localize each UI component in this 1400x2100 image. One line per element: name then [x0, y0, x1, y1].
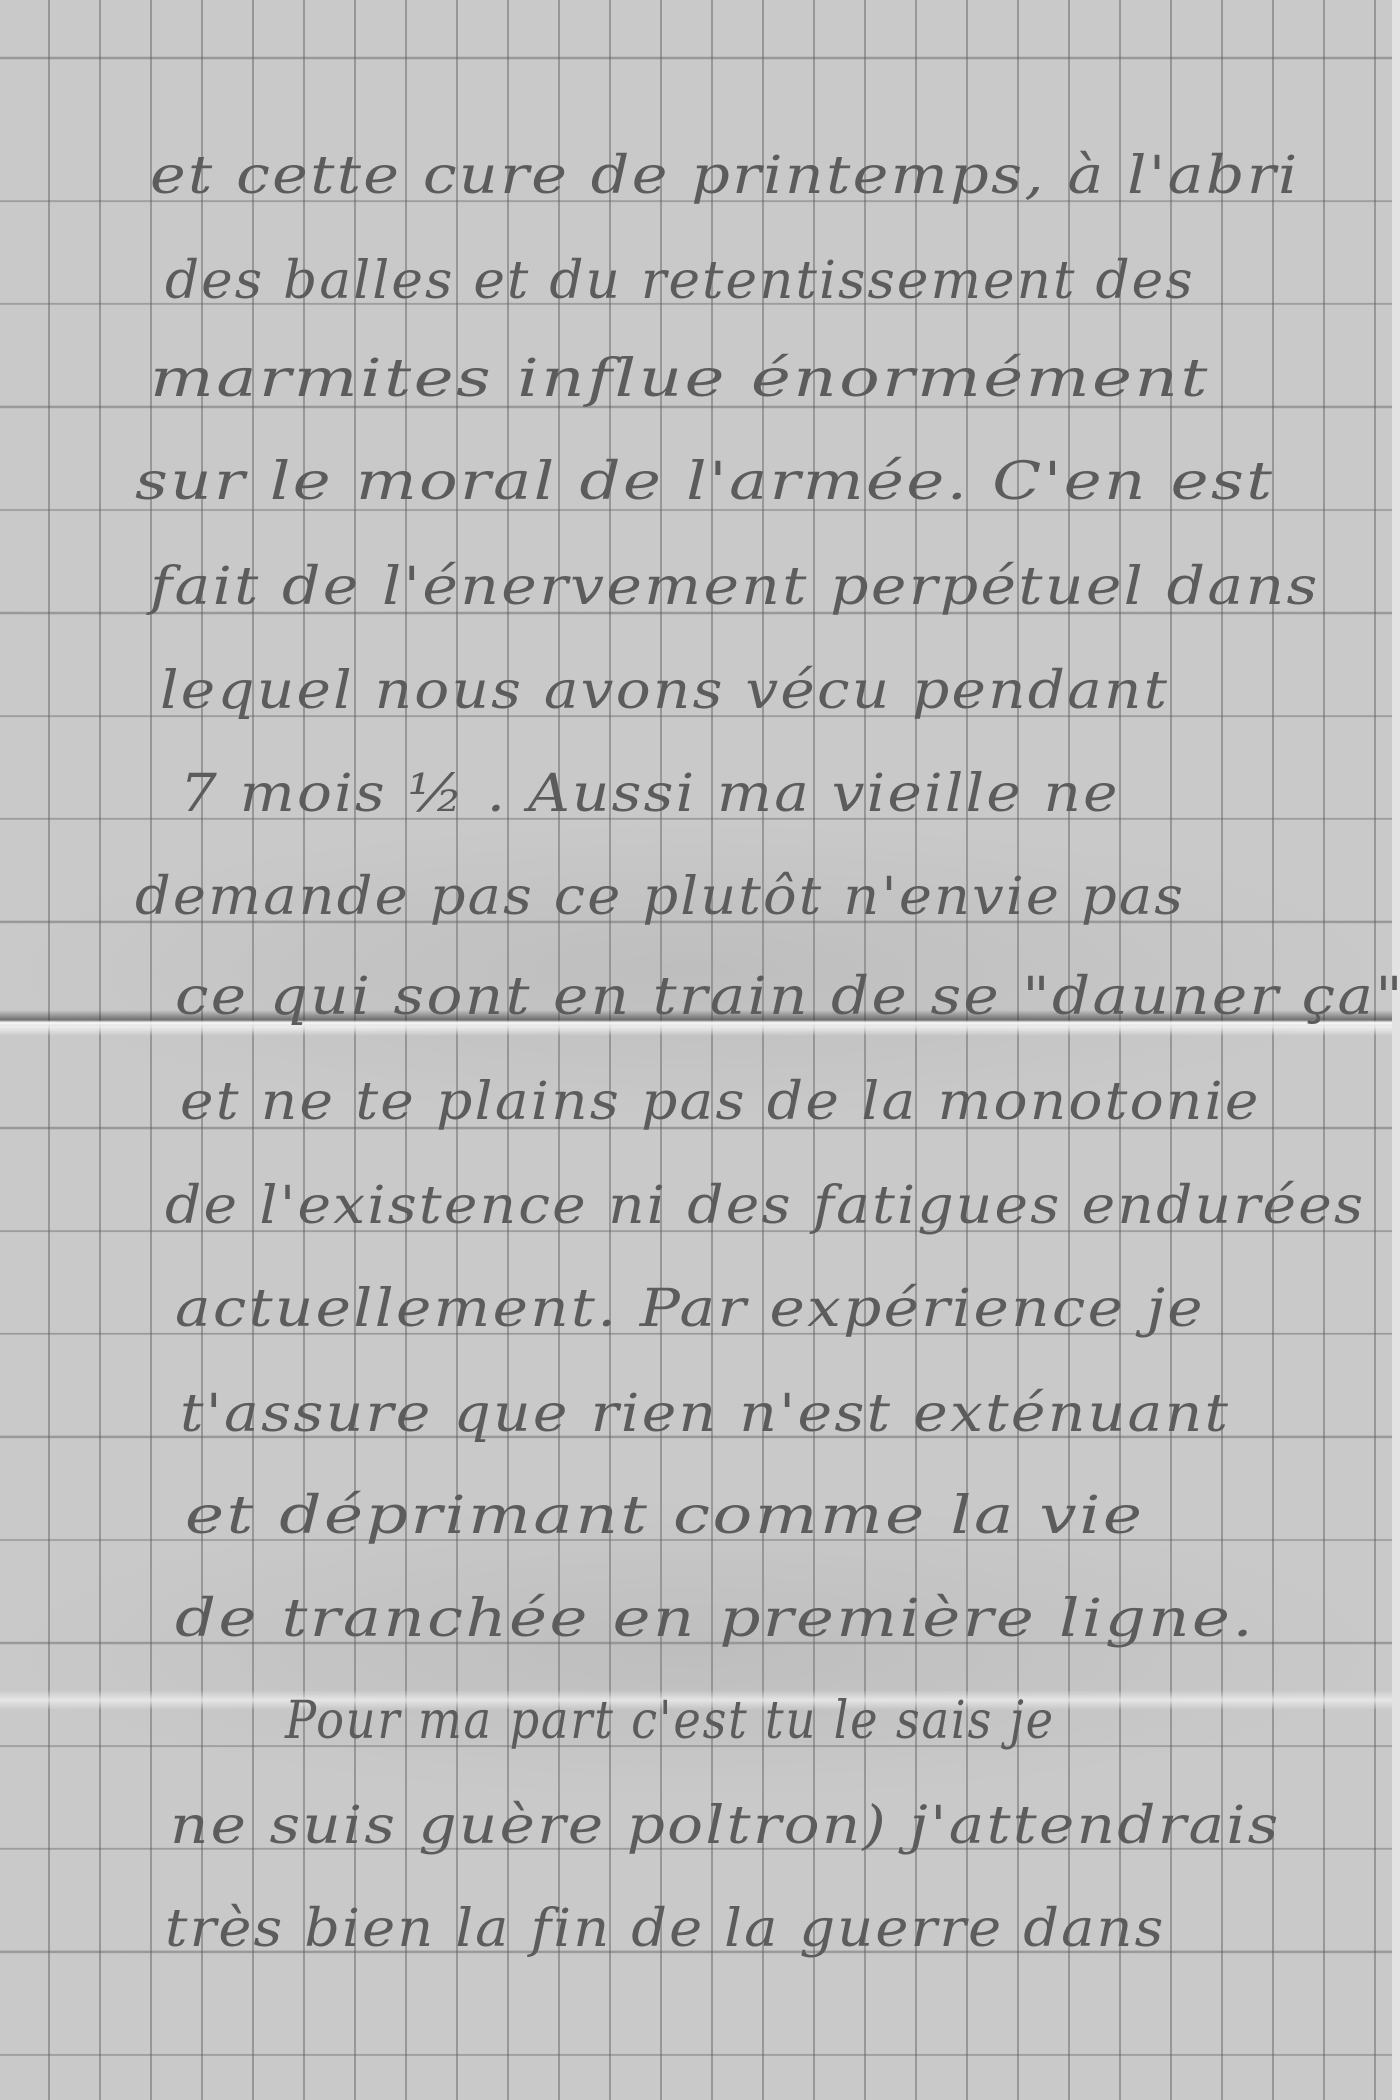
paper-edge	[1392, 0, 1400, 2100]
text-line: 7 mois ½ . Aussi ma vieille ne	[180, 768, 1120, 820]
text-line: et déprimant comme la vie	[185, 1490, 1145, 1542]
text-line: t'assure que rien n'est exténuant	[180, 1388, 1230, 1440]
text-line: et ne te plains pas de la monotonie	[180, 1076, 1261, 1128]
text-line: actuellement. Par expérience je	[175, 1283, 1205, 1335]
text-line: sur le moral de l'armée. C'en est	[135, 456, 1274, 508]
text-line: demande pas ce plutôt n'envie pas	[135, 871, 1185, 923]
text-line: de l'existence ni des fatigues endurées	[165, 1180, 1365, 1232]
text-line: très bien la fin de la guerre dans	[165, 1903, 1165, 1955]
text-line: Pour ma part c'est tu le sais je	[285, 1695, 1055, 1747]
text-line: marmites influe énormément	[150, 353, 1210, 405]
text-line: ce qui sont en train de se "dauner ça"	[175, 971, 1400, 1023]
text-line: de tranchée en première ligne.	[175, 1593, 1255, 1645]
text-line: fait de l'énervement perpétuel dans	[150, 561, 1320, 613]
text-line: lequel nous avons vécu pendant	[160, 665, 1169, 717]
text-line: ne suis guère poltron) j'attendrais	[170, 1800, 1281, 1852]
text-line: des balles et du retentissement des	[165, 255, 1195, 307]
text-line: et cette cure de printemps, à l'abri	[150, 150, 1300, 202]
